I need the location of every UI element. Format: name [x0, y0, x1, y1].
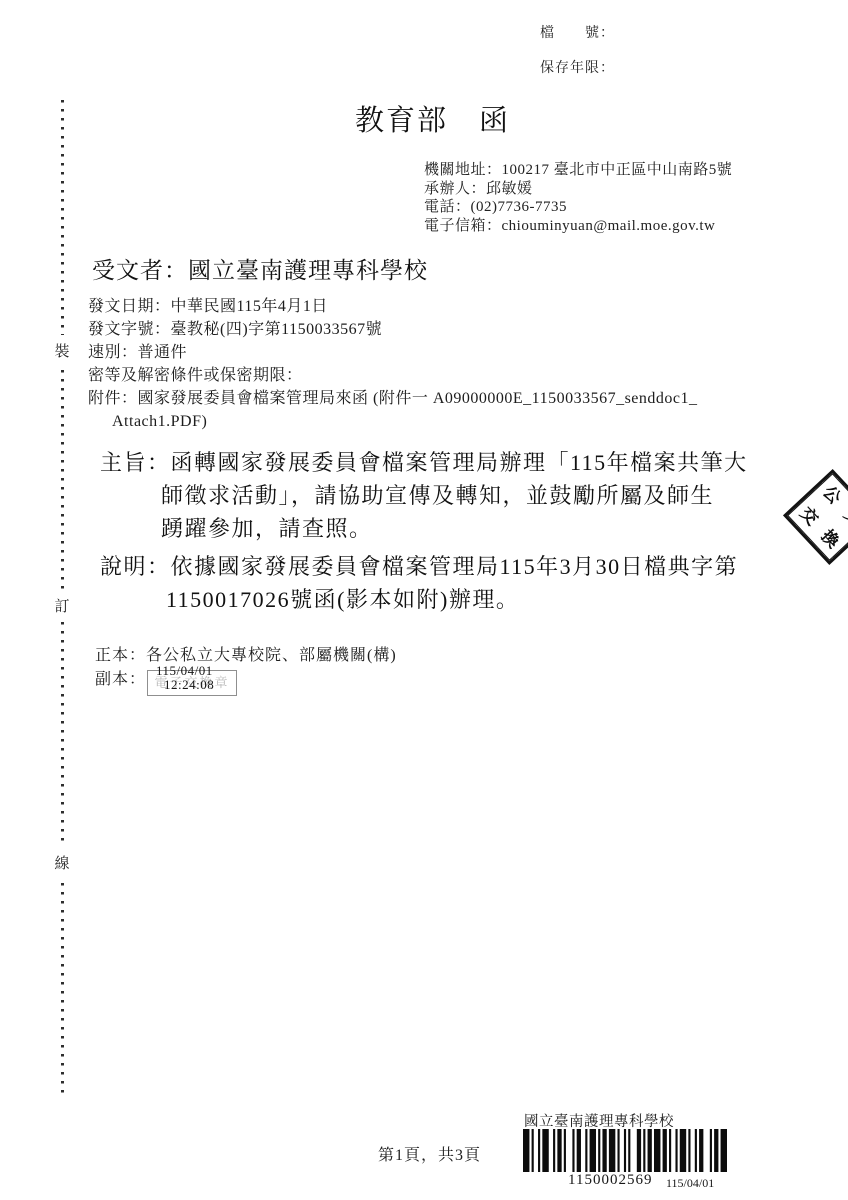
explanation-line2: 1150017026號函(影本如附)辦理。 [100, 583, 738, 616]
seal-glyph: 換 [818, 527, 843, 552]
cc-label: 副本： [95, 668, 397, 692]
exchange-stamp-time: 12:24:08 [164, 677, 214, 693]
contact-email: 電子信箱：chiouminyuan@mail.moe.gov.tw [424, 217, 732, 236]
contact-block: 機關地址：100217 臺北市中正區中山南路5號 承辦人：邱敏媛 電話：(02)… [424, 161, 732, 235]
subject-line3: 踴躍參加，請查照。 [100, 512, 748, 545]
seal-glyph: 文 [841, 505, 848, 530]
barcode-number: 1150002569 [568, 1172, 652, 1189]
attachment-line2: Attach1.PDF) [88, 410, 698, 433]
recipient-line: 受文者：國立臺南護理專科學校 [92, 252, 428, 285]
seal-glyph: 公 [819, 483, 844, 508]
explanation-line1: 說明：依據國家發展委員會檔案管理局115年3月30日檔典字第 [100, 550, 738, 583]
retention-period-label: 保存年限： [540, 57, 615, 77]
document-title: 教育部 函 [355, 98, 510, 139]
electronic-exchange-stamp: 電子交換章 115/04/01 12:24:08 [147, 670, 237, 696]
page-number-info: 第1頁，共3頁 [378, 1142, 481, 1165]
barcode [523, 1129, 727, 1172]
doc-number: 發文字號：臺教秘(四)字第1150033567號 [88, 318, 698, 341]
security-class: 密等及解密條件或保密期限： [88, 364, 698, 387]
agency-address: 機關地址：100217 臺北市中正區中山南路5號 [424, 161, 732, 180]
binding-mark-ding: 訂 [52, 590, 72, 621]
subject-block: 主旨：函轉國家發展委員會檔案管理局辦理「115年檔案共筆大 師徵求活動」，請協助… [100, 446, 748, 545]
official-letter-page: 檔 號： 保存年限： 教育部 函 機關地址：100217 臺北市中正區中山南路5… [0, 0, 848, 1200]
speed-class: 速別：普通件 [88, 341, 698, 364]
barcode-date: 115/04/01 [666, 1176, 714, 1191]
copies-block: 正本：各公私立大專校院、部屬機關(構) 副本： [95, 644, 397, 692]
binding-mark-zhuang: 裝 [52, 335, 72, 366]
seal-glyph: 交 [797, 504, 822, 529]
explanation-block: 說明：依據國家發展委員會檔案管理局115年3月30日檔典字第 115001702… [100, 550, 738, 616]
receipt-seal: 公 文 交 換 [783, 469, 848, 565]
file-number-label: 檔 號： [540, 22, 615, 42]
barcode-school-name: 國立臺南護理專科學校 [524, 1110, 674, 1131]
binding-mark-xian: 線 [52, 847, 72, 878]
subject-line2: 師徵求活動」，請協助宣傳及轉知，並鼓勵所屬及師生 [100, 479, 748, 512]
issue-date: 發文日期：中華民國115年4月1日 [88, 295, 698, 318]
contact-phone: 電話：(02)7736-7735 [424, 198, 732, 217]
meta-block: 發文日期：中華民國115年4月1日 發文字號：臺教秘(四)字第115003356… [88, 295, 698, 433]
original-recipients: 正本：各公私立大專校院、部屬機關(構) [95, 644, 397, 668]
subject-line1: 主旨：函轉國家發展委員會檔案管理局辦理「115年檔案共筆大 [100, 446, 748, 479]
attachment-line1: 附件：國家發展委員會檔案管理局來函 (附件一 A09000000E_115003… [88, 387, 698, 410]
contact-person: 承辦人：邱敏媛 [424, 180, 732, 199]
